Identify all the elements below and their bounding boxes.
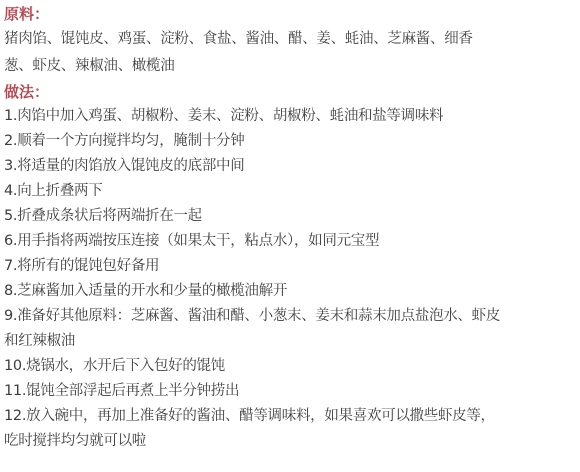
- method-step: 4.向上折叠两下: [4, 179, 580, 204]
- ingredients-line: 猪肉馅、馄饨皮、鸡蛋、淀粉、食盐、酱油、醋、姜、蚝油、芝麻酱、细香: [4, 26, 580, 53]
- method-step: 11.馄饨全部浮起后再煮上半分钟捞出: [4, 379, 580, 404]
- method-step: 5.折叠成条状后将两端折在一起: [4, 204, 580, 229]
- method-step-continuation: 和红辣椒油: [4, 329, 580, 354]
- method-step: 2.顺着一个方向搅拌均匀，腌制十分钟: [4, 129, 580, 154]
- method-step: 8.芝麻酱加入适量的开水和少量的橄榄油解开: [4, 279, 580, 304]
- method-step: 3.将适量的肉馅放入馄饨皮的底部中间: [4, 154, 580, 179]
- method-step: 7.将所有的馄饨包好备用: [4, 254, 580, 279]
- ingredients-section: 原料： 猪肉馅、馄饨皮、鸡蛋、淀粉、食盐、酱油、醋、姜、蚝油、芝麻酱、细香 葱、…: [4, 2, 580, 80]
- method-heading: 做法：: [4, 80, 580, 104]
- method-step: 9.准备好其他原料：芝麻酱、酱油和醋、小葱末、姜末和蒜末加点盐泡水、虾皮: [4, 304, 580, 329]
- ingredients-line: 葱、虾皮、辣椒油、橄榄油: [4, 53, 580, 80]
- method-step: 1.肉馅中加入鸡蛋、胡椒粉、姜末、淀粉、胡椒粉、蚝油和盐等调味料: [4, 104, 580, 129]
- recipe-document: 原料： 猪肉馅、馄饨皮、鸡蛋、淀粉、食盐、酱油、醋、姜、蚝油、芝麻酱、细香 葱、…: [0, 0, 580, 454]
- method-section: 做法： 1.肉馅中加入鸡蛋、胡椒粉、姜末、淀粉、胡椒粉、蚝油和盐等调味料 2.顺…: [4, 80, 580, 454]
- method-step: 6.用手指将两端按压连接（如果太干，粘点水），如同元宝型: [4, 229, 580, 254]
- method-step-continuation: 吃时搅拌均匀就可以啦: [4, 429, 580, 454]
- ingredients-heading: 原料：: [4, 2, 580, 26]
- method-step: 12.放入碗中，再加上准备好的酱油、醋等调味料，如果喜欢可以撒些虾皮等，: [4, 404, 580, 429]
- method-step: 10.烧锅水，水开后下入包好的馄饨: [4, 354, 580, 379]
